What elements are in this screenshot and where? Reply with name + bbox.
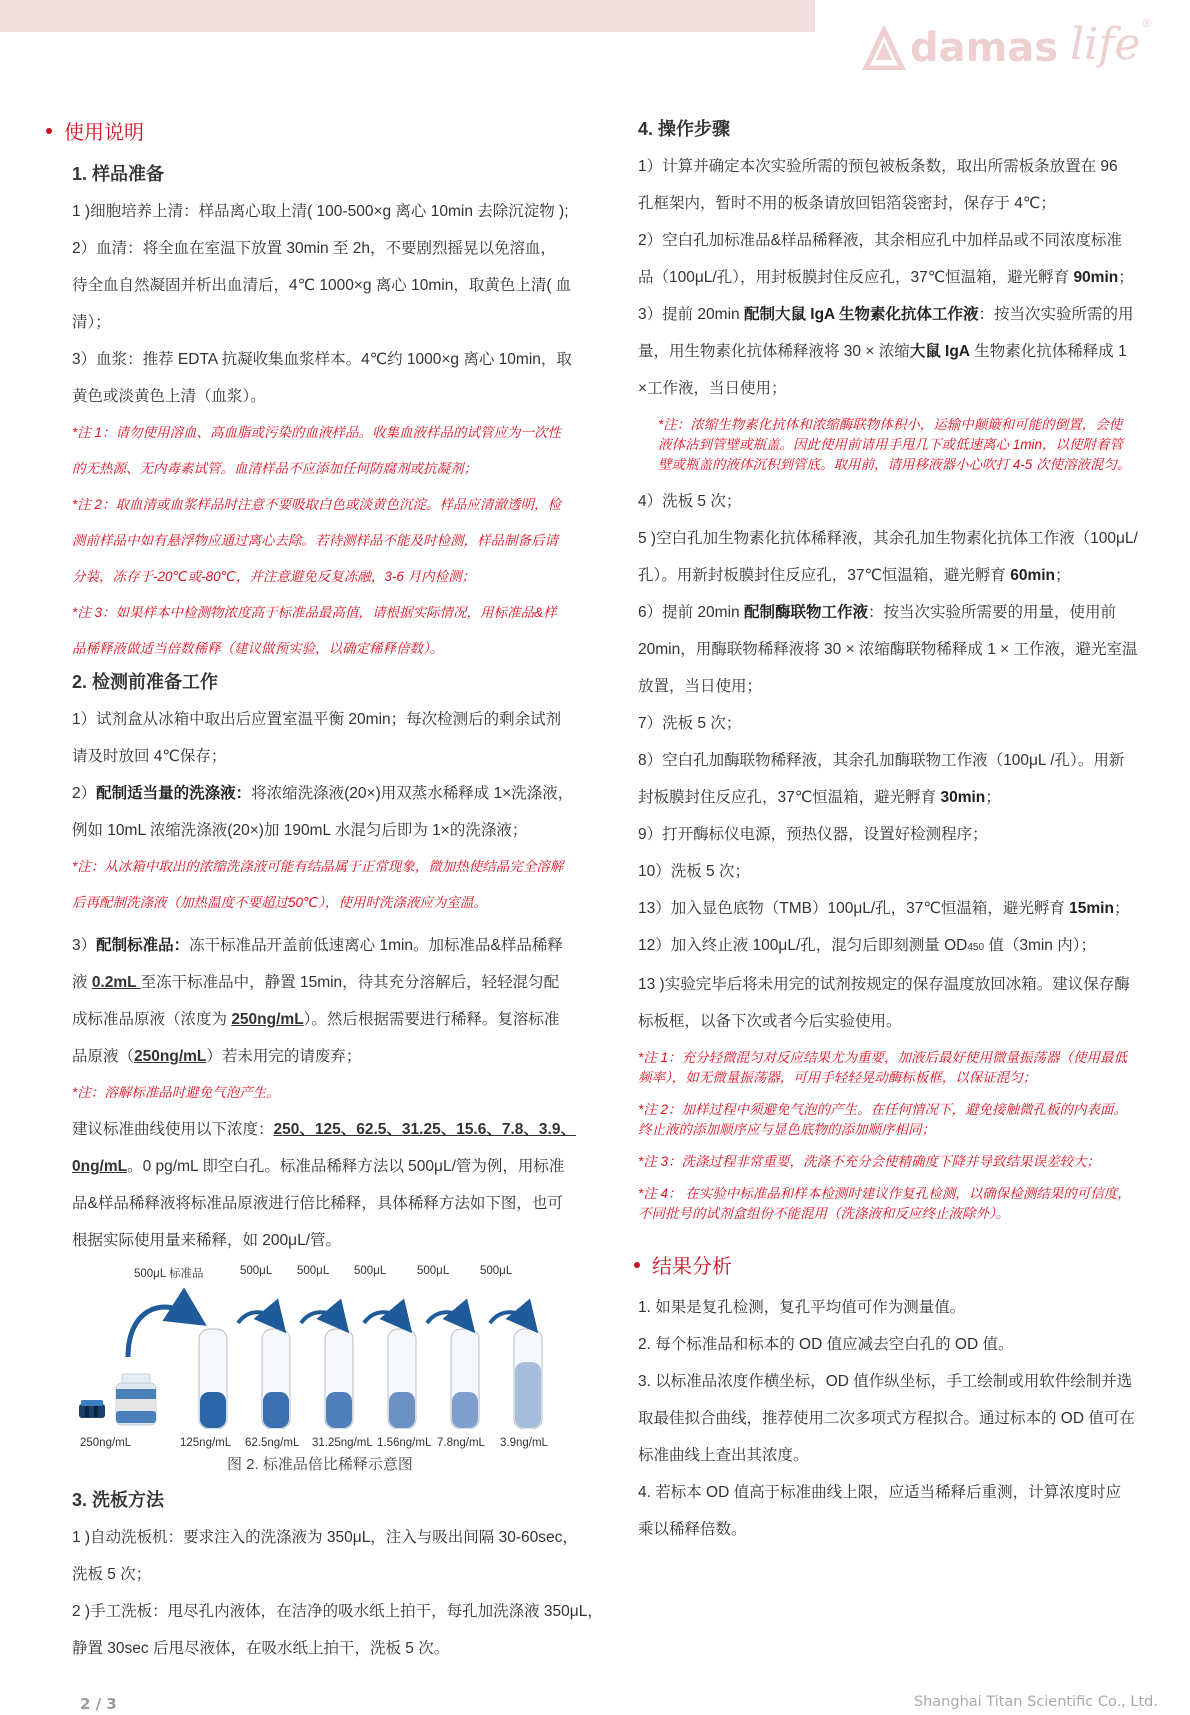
paragraph: 13）加入显色底物（TMB）100μL/孔，37℃恒温箱，避光孵育 15min； <box>638 890 1168 927</box>
header-band <box>0 0 815 32</box>
paragraph: 20min，用酶联物稀释液将 30 × 浓缩酶联物稀释成 1 × 工作液，避光室… <box>638 631 1168 668</box>
paragraph: 放置，当日使用； <box>638 668 1168 705</box>
note-2: 测前样品中如有悬浮物应通过离心去除。若待测样品不能及时检测，样品制备后请 <box>72 523 605 559</box>
heading-plate-washing: 3. 洗板方法 <box>72 1487 605 1513</box>
figure-caption: 图 2. 标准品倍比稀释示意图 <box>227 1453 413 1474</box>
section-title: 使用说明 <box>64 116 144 145</box>
left-column: 使用说明 1. 样品准备 1 )细胞培养上清：样品离心取上清( 100-500×… <box>50 112 605 1667</box>
logo-triangle-icon <box>862 26 906 70</box>
paragraph: 2 )手工洗板：甩尽孔内液体，在洁净的吸水纸上拍干，每孔加洗涤液 350μL， <box>72 1593 605 1630</box>
test-tube-5 <box>451 1329 479 1429</box>
paragraph: 1. 如果是复孔检测，复孔平均值可作为测量值。 <box>638 1289 1168 1326</box>
note-3: *注 3：如果样本中检测物浓度高于标准品最高值，请根据实际情况，用标准品&样 <box>72 595 605 631</box>
paragraph: 静置 30sec 后甩尽液体，在吸水纸上拍干，洗板 5 次。 <box>72 1630 605 1667</box>
paragraph: 2. 每个标准品和标本的 OD 值应减去空白孔的 OD 值。 <box>638 1326 1168 1363</box>
note-wash: *注：从冰箱中取出的浓缩洗涤液可能有结晶属于正常现象，微加热使结晶完全溶解 <box>72 849 605 885</box>
paragraph: 封板膜封住反应孔，37℃恒温箱，避光孵育 30min； <box>638 779 1168 816</box>
paragraph: 2）血清：将全血在室温下放置 30min 至 2h，不要剧烈摇晃以免溶血， <box>72 230 605 267</box>
note-1: *注 1：充分轻微混匀对反应结果尤为重要，加液后最好使用微量振荡器（使用最低 <box>638 1048 1168 1068</box>
paragraph: 根据实际使用量来稀释，如 200μL/管。 <box>72 1222 605 1259</box>
note-1: 的无热源、无内毒素试管。血清样品不应添加任何防腐剂或抗凝剂； <box>72 451 605 487</box>
paragraph: 9）打开酶标仪电源，预热仪器，设置好检测程序； <box>638 816 1168 853</box>
transfer-label: 500μL <box>240 1265 272 1277</box>
paragraph: 8）空白孔加酶联物稀释液，其余孔加酶联物工作液（100μL /孔）。用新 <box>638 742 1168 779</box>
paragraph: 3）配制标准品：冻干标准品开盖前低速离心 1min。加标准品&样品稀释 <box>72 927 605 964</box>
heading-pre-test-prep: 2. 检测前准备工作 <box>72 669 605 695</box>
note-3: *注 3：洗涤过程非常重要，洗涤不充分会使精确度下降并导致结果误差较大； <box>638 1152 1168 1172</box>
paragraph: 黄色或淡黄色上清（血浆）。 <box>72 378 605 415</box>
note-4: *注 4： 在实验中标准品和样本检测时建议作复孔检测，以确保检测结果的可信度， <box>638 1184 1168 1204</box>
paragraph: 标板框，以备下次或者今后实验使用。 <box>638 1003 1168 1040</box>
test-tube-3 <box>325 1329 353 1429</box>
paragraph: 取最佳拟合曲线，推荐使用二次多项式方程拟合。通过标本的 OD 值可在 <box>638 1400 1168 1437</box>
paragraph: 6）提前 20min 配制酶联物工作液：按当次实验所需要的用量，使用前 <box>638 594 1168 631</box>
paragraph: 例如 10mL 浓缩洗涤液(20×)加 190mL 水混匀后即为 1×的洗涤液； <box>72 812 605 849</box>
paragraph: 品（100μL/孔），用封板膜封住反应孔，37℃恒温箱，避光孵育 90min； <box>638 259 1168 296</box>
note-standard: *注：溶解标准品时避免气泡产生。 <box>72 1075 605 1111</box>
paragraph: 13 )实验完毕后将未用完的试剂按规定的保存温度放回冰箱。建议保存酶 <box>638 966 1168 1003</box>
bullet-icon <box>634 1262 640 1268</box>
section-instructions: 使用说明 <box>46 116 605 145</box>
paragraph: 3）提前 20min 配制大鼠 IgA 生物素化抗体工作液：按当次实验所需的用 <box>638 296 1168 333</box>
note-1: 频率），如无微量振荡器，可用手轻轻晃动酶标板框，以保证混匀； <box>638 1068 1168 1088</box>
transfer-label: 500μL <box>297 1265 329 1277</box>
paragraph: 3）血浆：推荐 EDTA 抗凝收集血浆样本。4℃约 1000×g 离心 10mi… <box>72 341 605 378</box>
section-title: 结果分析 <box>652 1250 732 1279</box>
transfer-label: 500μL <box>417 1265 449 1277</box>
note-2: 终止液的添加顺序应与显色底物的添加顺序相同； <box>638 1120 1168 1140</box>
brand-logo: damas life ® <box>862 10 1151 70</box>
transfer-label: 500μL <box>480 1265 512 1277</box>
paragraph: 请及时放回 4℃保存； <box>72 738 605 775</box>
concentration-label: 3.9ng/mL <box>500 1437 548 1449</box>
dilution-illustration <box>72 1279 612 1429</box>
paragraph: 乘以稀释倍数。 <box>638 1511 1168 1548</box>
paragraph: 4）洗板 5 次； <box>638 483 1168 520</box>
note-3: 品稀释液做适当倍数稀释（建议做预实验，以确定稀释倍数）。 <box>72 631 605 667</box>
paragraph: 5 )空白孔加生物素化抗体稀释液，其余孔加生物素化抗体工作液（100μL/ <box>638 520 1168 557</box>
paragraph: 成标准品原液（浓度为 250ng/mL）。然后根据需要进行稀释。复溶标准 <box>72 1001 605 1038</box>
paragraph: 1 )自动洗板机：要求注入的洗涤液为 350μL，注入与吸出间隔 30-60se… <box>72 1519 605 1556</box>
paragraph: 12）加入终止液 100μL/孔，混匀后即刻测量 OD450 值（3min 内）… <box>638 927 1168 966</box>
transfer-label: 500μL <box>354 1265 386 1277</box>
stock-bottle-icon <box>116 1374 156 1425</box>
paragraph: 孔）。用新封板膜封住反应孔，37℃恒温箱，避光孵育 60min； <box>638 557 1168 594</box>
logo-text: damas <box>910 26 1058 70</box>
paragraph: 4. 若标本 OD 值高于标准曲线上限，应适当稀释后重测，计算浓度时应 <box>638 1474 1168 1511</box>
paragraph: 10）洗板 5 次； <box>638 853 1168 890</box>
concentration-label: 31.25ng/mL <box>312 1437 373 1449</box>
note-2: *注 2：加样过程中须避免气泡的产生。在任何情况下，避免接触微孔板的内表面。 <box>638 1100 1168 1120</box>
test-tube-2 <box>262 1329 290 1429</box>
paragraph: 洗板 5 次； <box>72 1556 605 1593</box>
paragraph: 标准曲线上查出其浓度。 <box>638 1437 1168 1474</box>
bottle-cap-icon <box>79 1400 105 1418</box>
right-column: 4. 操作步骤 1）计算并确定本次实验所需的预包被板条数，取出所需板条放置在 9… <box>638 116 1168 1548</box>
paragraph: 0ng/mL。0 pg/mL 即空白孔。标准品稀释方法以 500μL/管为例，用… <box>72 1148 605 1185</box>
test-tube-6 <box>514 1329 542 1429</box>
paragraph: 3. 以标准品浓度作横坐标，OD 值作纵坐标，手工绘制或用软件绘制并选 <box>638 1363 1168 1400</box>
concentration-label: 125ng/mL <box>180 1437 231 1449</box>
notes-block: *注 1：充分轻微混匀对反应结果尤为重要，加液后最好使用微量振荡器（使用最低 频… <box>638 1048 1168 1224</box>
paragraph: 品原液（250ng/mL）若未用完的请废弃； <box>72 1038 605 1075</box>
dilution-figure: 500μL 标准品 500μL 500μL 500μL 500μL 500μL <box>72 1265 612 1465</box>
paragraph: 清）； <box>72 304 605 341</box>
concentration-label: 250ng/mL <box>80 1437 131 1449</box>
concentration-label: 7.8ng/mL <box>437 1437 485 1449</box>
company-name: Shanghai Titan Scientific Co., Ltd. <box>914 1694 1158 1710</box>
paragraph: 2）配制适当量的洗涤液：将浓缩洗涤液(20×)用双蒸水稀释成 1×洗涤液， <box>72 775 605 812</box>
note-4: 不同批号的试剂盒组份不能混用（洗涤液和反应终止液除外）。 <box>638 1204 1168 1224</box>
note-concentrate: *注：浓缩生物素化抗体和浓缩酶联物体积小，运输中颠簸和可能的倒置，会使 液体沾到… <box>658 415 1168 475</box>
paragraph: 孔框架内，暂时不用的板条请放回铝箔袋密封，保存于 4℃； <box>638 185 1168 222</box>
page-number: 2 / 3 <box>80 1695 117 1713</box>
paragraph: 待全血自然凝固并析出血清后，4℃ 1000×g 离心 10min，取黄色上清( … <box>72 267 605 304</box>
heading-sample-prep: 1. 样品准备 <box>72 161 605 187</box>
note-2: *注 2：取血清或血浆样品时注意不要吸取白色或淡黄色沉淀。样品应清澈透明，检 <box>72 487 605 523</box>
heading-procedure: 4. 操作步骤 <box>638 116 1168 142</box>
section-results: 结果分析 <box>634 1250 1168 1279</box>
note-wash: 后再配制洗涤液（加热温度不要超过50℃），使用时洗涤液应为室温。 <box>72 885 605 921</box>
paragraph: 品&样品稀释液将标准品原液进行倍比稀释，具体稀释方法如下图，也可 <box>72 1185 605 1222</box>
concentration-label: 62.5ng/mL <box>245 1437 299 1449</box>
test-tube-1 <box>199 1329 227 1429</box>
paragraph: 量，用生物素化抗体稀释液将 30 × 浓缩大鼠 IgA 生物素化抗体稀释成 1 <box>638 333 1168 370</box>
test-tube-4 <box>388 1329 416 1429</box>
paragraph: 建议标准曲线使用以下浓度：250、125、62.5、31.25、15.6、7.8… <box>72 1111 605 1148</box>
note-1: *注 1：请勿使用溶血、高血脂或污染的血液样品。收集血液样品的试管应为一次性 <box>72 415 605 451</box>
paragraph: 液 0.2mL 至冻干标准品中，静置 15min，待其充分溶解后，轻轻混匀配 <box>72 964 605 1001</box>
paragraph: 1）计算并确定本次实验所需的预包被板条数，取出所需板条放置在 96 <box>638 148 1168 185</box>
bullet-icon <box>46 128 52 134</box>
logo-registered-mark: ® <box>1143 16 1152 30</box>
paragraph: 1）试剂盒从冰箱中取出后应置室温平衡 20min；每次检测后的剩余试剂 <box>72 701 605 738</box>
paragraph: 2）空白孔加标准品&样品稀释液，其余相应孔中加样品或不同浓度标准 <box>638 222 1168 259</box>
paragraph: 7）洗板 5 次； <box>638 705 1168 742</box>
concentration-label: 1.56ng/mL <box>377 1437 431 1449</box>
note-2: 分装，冻存于-20℃或-80℃，并注意避免反复冻融，3-6 月内检测； <box>72 559 605 595</box>
paragraph: 1 )细胞培养上清：样品离心取上清( 100-500×g 离心 10min 去除… <box>72 193 605 230</box>
paragraph: ×工作液，当日使用； <box>638 370 1168 407</box>
logo-script: life <box>1070 20 1140 70</box>
